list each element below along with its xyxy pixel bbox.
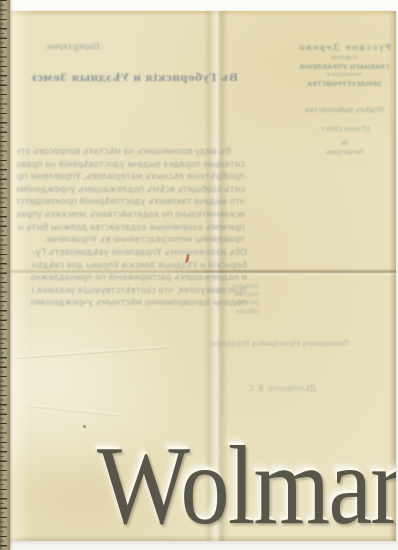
- wrinkle-mark: [29, 404, 119, 416]
- bleed-letterhead-line: отдѣленіе: [296, 55, 393, 61]
- bleed-letterhead-line: Петроградъ: [296, 149, 393, 156]
- bleed-text-line: распор.: [203, 299, 259, 307]
- bleed-letterhead-line: ЗЕМЛЕУСТРОЙСТВА: [296, 80, 393, 88]
- bleed-signoff-2: Дѣлопроизв. В. С.: [246, 384, 316, 393]
- scan-bottom-edge: [0, 541, 398, 550]
- bleed-text-line: Въ виду возникшихъ на мѣстахъ вопросовъ …: [17, 146, 245, 159]
- bleed-text-line: правляемы непосредственно въ Управленіе.: [17, 234, 245, 247]
- bleed-letterhead-line: Отдѣлъ рыболовства: [296, 106, 393, 114]
- bleed-letterhead-line: №: [296, 140, 393, 147]
- wolmar-watermark: Wolmar: [97, 430, 396, 541]
- bleed-text-line: надлеж.: [203, 291, 259, 299]
- bleed-text-line: сительно порядка выдачи удостовѣреній на…: [17, 159, 245, 172]
- bleed-letterhead: Русское Дерево отдѣленіе ГЛАВНАГО УПРАВЛ…: [296, 42, 393, 165]
- document-paper: Циркулярно. Въ Губернскія и Уѣздныя Земс…: [9, 11, 396, 541]
- bleed-letterhead-dotted-line: .............: [296, 158, 393, 165]
- dark-speck: [83, 425, 86, 428]
- bleed-letterhead-line: земледѣлія и: [296, 72, 393, 78]
- bleed-signoff-1: Помощникъ Начальника Управленія Н. Смирн…: [211, 339, 349, 348]
- bleed-text-line: исключительно по ходатайствамъ земскихъ …: [17, 209, 245, 222]
- bleed-text-line: что выдача таковыхъ удостовѣреній произв…: [17, 196, 245, 209]
- bleed-heading: Въ Губернскія и Уѣздныя Земскія Управы.: [32, 72, 238, 84]
- ruler: [0, 0, 10, 550]
- bleed-paragraph-1: Въ виду возникшихъ на мѣстахъ вопросовъ …: [17, 146, 245, 250]
- wrinkle-mark: [17, 346, 167, 359]
- bleed-fragment-block: освѣдом. надлеж. распор. свѣдѣн.: [203, 283, 259, 317]
- bleed-text-line: освѣдом.: [203, 283, 259, 291]
- bleed-text-line: Объ изложенномъ Управленіе увѣдомляетъ Г…: [31, 247, 247, 260]
- bleed-text-line: причемъ означенныя ходатайства должны бы…: [17, 222, 245, 235]
- bleed-text-line: ситъ сообщить всѣмъ подлежащимъ учрежден…: [17, 184, 245, 197]
- bleed-letterhead-line: ГЛАВНАГО УПРАВЛЕНІЯ: [296, 63, 393, 71]
- scanned-document-page: { "document": { "description": "scan of …: [0, 0, 398, 550]
- bleed-text-line: пріобрѣтенія лѣсныхъ матеріаловъ, Управл…: [17, 171, 245, 184]
- bleed-text-line: свѣдѣн.: [203, 308, 259, 316]
- bleed-text-line: бернскія и Уѣздныя Земскія Управы для св…: [31, 260, 247, 273]
- bleed-circular-note: Циркулярно.: [46, 42, 100, 51]
- bleed-letterhead-line: Русское Дерево: [296, 42, 393, 52]
- bleed-letterhead-line: 17 Іюня 1916 г.: [296, 125, 393, 133]
